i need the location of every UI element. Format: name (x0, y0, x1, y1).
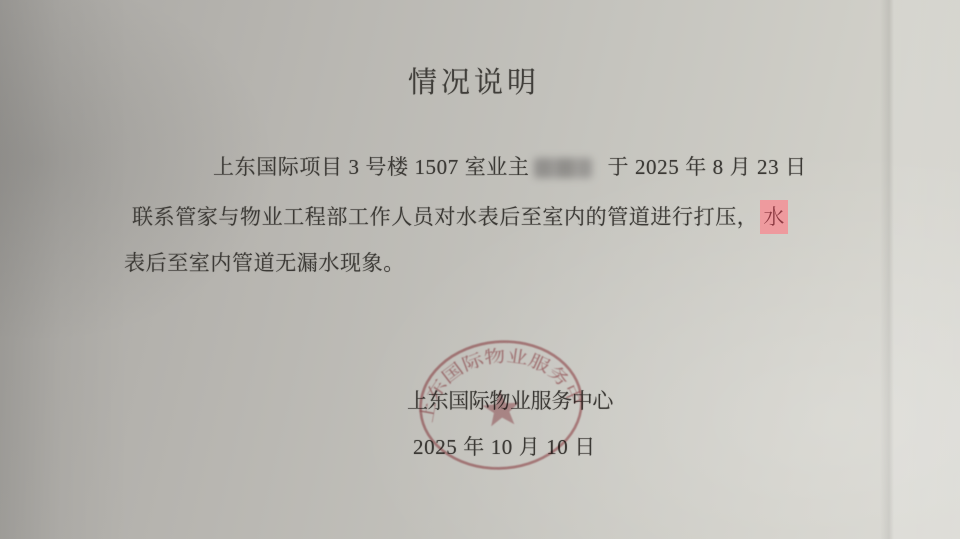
body-line-3: 表后至室内管道无漏水现象。 (124, 247, 405, 277)
document-photo: 情况说明 上东国际项目 3 号楼 1507 室业主于 2025 年 8 月 23… (0, 0, 960, 539)
body-line-1-text-before: 上东国际项目 3 号楼 1507 室业主 (213, 155, 530, 179)
body-line-2-text: 联系管家与物业工程部工作人员对水表后至室内的管道进行打压， (132, 205, 758, 229)
seal-arc-text: 上东国际物业服务中心 (392, 314, 586, 427)
document-title: 情况说明 (408, 60, 540, 101)
body-line-1: 上东国际项目 3 号楼 1507 室业主于 2025 年 8 月 23 日 (213, 151, 807, 181)
redacted-owner-name (534, 158, 592, 178)
body-line-1-text-after: 于 2025 年 8 月 23 日 (608, 155, 807, 179)
star-icon (481, 389, 521, 427)
highlighted-character: 水 (760, 200, 788, 234)
official-seal-stamp: 上东国际物业服务中心 (392, 314, 610, 495)
body-line-2: 联系管家与物业工程部工作人员对水表后至室内的管道进行打压，水 (132, 200, 788, 234)
